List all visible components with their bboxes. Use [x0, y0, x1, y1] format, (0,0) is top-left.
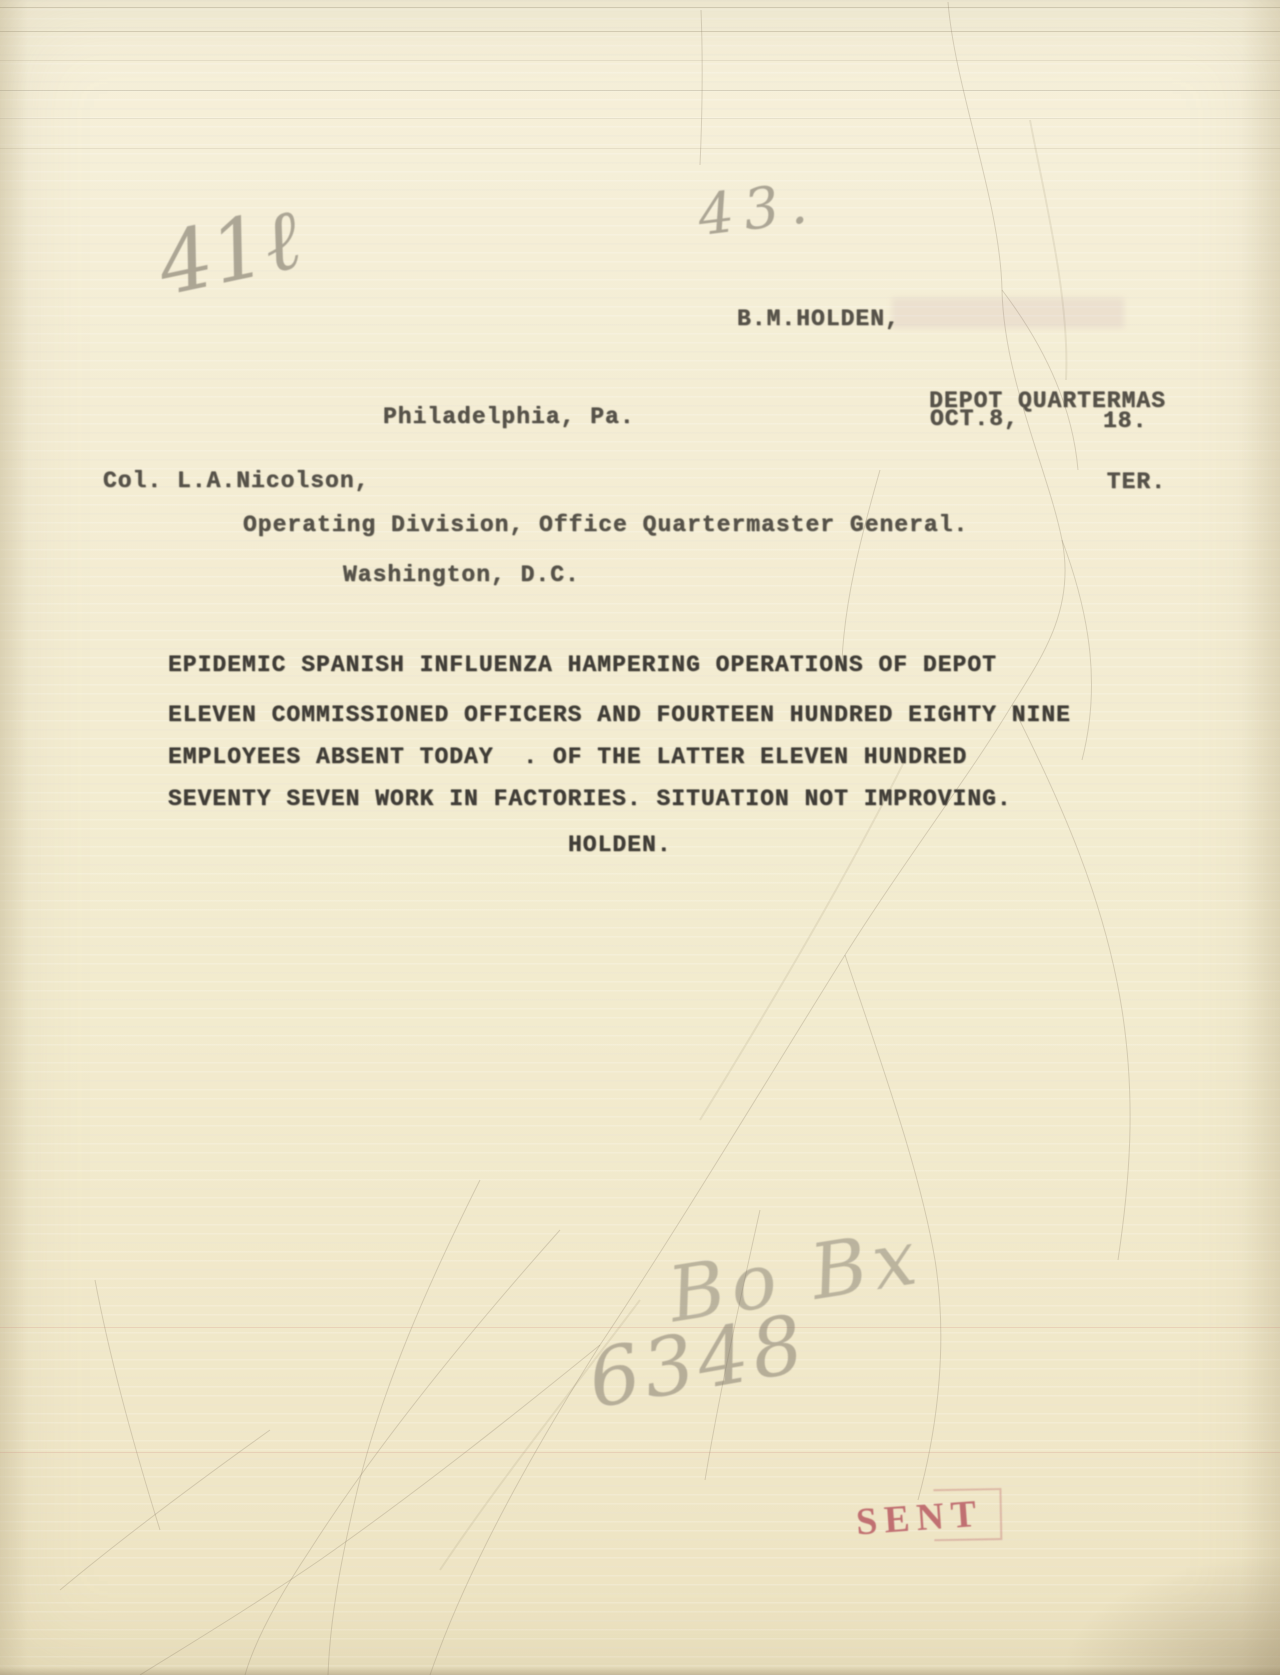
scan-streak: [0, 60, 1280, 61]
recipient-name: Col. L.A.Nicolson,: [103, 468, 369, 494]
recipient-city: Washington, D.C.: [343, 562, 580, 588]
recipient-division: Operating Division, Office Quartermaster…: [243, 512, 968, 538]
date: OCT.8,: [930, 406, 1019, 432]
signature: HOLDEN.: [568, 832, 672, 858]
year: 18.: [1103, 408, 1147, 434]
sent-stamp: SENT: [855, 1492, 985, 1545]
body-line: SEVENTY SEVEN WORK IN FACTORIES. SITUATI…: [168, 786, 1012, 812]
place-line: Philadelphia, Pa.: [383, 404, 635, 430]
sender-title-line2: TER.: [929, 469, 1166, 496]
pencil-number-top-center: 43.: [695, 175, 820, 245]
body-line: EPIDEMIC SPANISH INFLUENZA HAMPERING OPE…: [168, 652, 997, 678]
scan-streak: [0, 118, 1280, 119]
pencil-number-bottom: 6348: [583, 1304, 813, 1421]
scan-streak: [0, 7, 1280, 8]
scan-streak: [0, 31, 1280, 32]
page-bottom-edge: [0, 1667, 1280, 1675]
page-corner-shadow: [1060, 1555, 1280, 1675]
ruled-line-pink: [0, 1452, 1280, 1453]
sender-name: B.M.HOLDEN,: [737, 306, 900, 332]
faint-stamp-smudge: [892, 298, 1124, 328]
body-line: ELEVEN COMMISSIONED OFFICERS AND FOURTEE…: [168, 702, 1071, 728]
scan-streak: [0, 90, 1280, 91]
telegram-document-scan: 41ℓ 43. Bo Bx 6348 B.M.HOLDEN, DEPOT QUA…: [0, 0, 1280, 1675]
body-line: EMPLOYEES ABSENT TODAY . OF THE LATTER E…: [168, 744, 967, 770]
scan-streak: [0, 148, 1280, 149]
pencil-number-top-left: 41ℓ: [151, 196, 307, 308]
sent-stamp-box: [933, 1488, 1002, 1541]
